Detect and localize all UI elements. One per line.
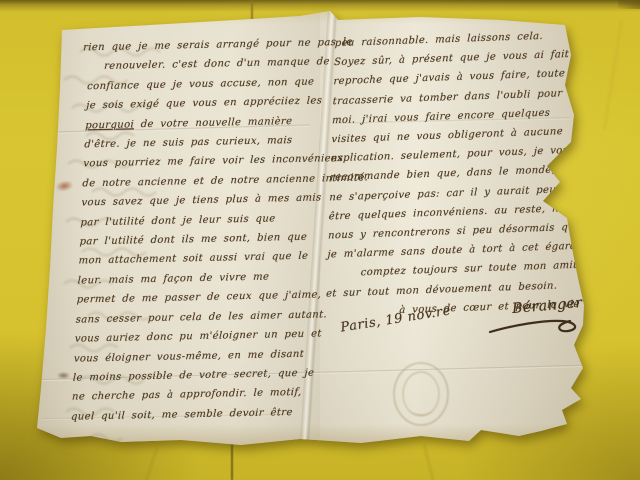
paper-shadow-wrap: rien que je me serais arrangé pour ne pa… [0,0,640,480]
oval-stamp [390,360,452,428]
letter-photo: rien que je me serais arrangé pour ne pa… [0,0,640,480]
right-page-text: peu raisonnable. mais laissons cela.Soye… [325,25,585,322]
torn-top-edge [55,10,570,24]
letter-sheet: rien que je me serais arrangé pour ne pa… [0,0,640,480]
underlined-word: pourquoi [85,119,134,131]
left-page-text: rien que je me serais arrangé pour ne pa… [71,33,326,427]
signature-flourish [488,312,584,338]
ink-speck [57,372,70,379]
